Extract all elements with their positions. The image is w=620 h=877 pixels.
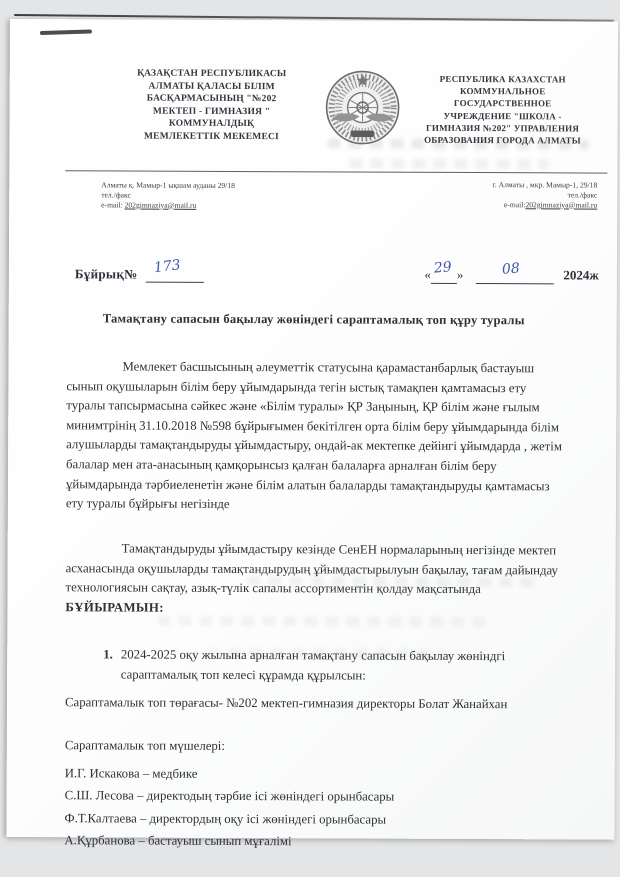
email-label: e-mail: <box>101 200 124 209</box>
order-year: 2024ж <box>563 267 599 284</box>
email-line: e-mail:202gimnaziya@mail.ru <box>379 199 597 210</box>
order-item-text: 2024-2025 оқу жылына арналған тамақтану … <box>121 645 570 686</box>
order-item-1: 1. 2024-2025 оқу жылына арналған тамақта… <box>103 645 569 686</box>
org-name-russian-line: ГОСУДАРСТВЕННОЕ <box>400 97 606 110</box>
order-month-handwritten: 08 <box>501 261 520 278</box>
org-name-kazakh-line: КОММУНАЛДЫҚ <box>96 118 328 132</box>
address-kazakh: Алматы қ. Мамыр-1 ықшам ауданы 29/18 <box>101 180 321 191</box>
decree-word: БҰЙЫРАМЫН: <box>65 600 164 614</box>
order-day-blank: 29 <box>431 264 457 284</box>
org-name-russian-line: ОБРАЗОВАНИЯ ГОРОДА АЛМАТЫ <box>399 134 605 147</box>
org-name-kazakh: ҚАЗАҚСТАН РЕСПУБЛИКАСЫ АЛМАТЫ ҚАЛАСЫ БІЛ… <box>95 67 327 144</box>
bleed-through-artifact <box>349 158 549 169</box>
order-month-blank: 08 <box>475 264 553 284</box>
document-title: Тамақтану сапасын бақылау жөніндегі сара… <box>65 311 563 328</box>
member-line: С.Ш. Лесова – директодың тәрбие ісі жөні… <box>65 785 555 810</box>
member-line: И.Г. Искакова – медбике <box>65 762 555 787</box>
order-label: Бұйрық№ <box>75 266 138 282</box>
org-name-russian: РЕСПУБЛИКА КАЗАХСТАН КОММУНАЛЬНОЕ ГОСУДА… <box>399 73 605 147</box>
email-label: e-mail: <box>504 200 526 209</box>
email-address: 202gimnaziya@mail.ru <box>125 200 197 209</box>
order-number-blank: 173 <box>145 263 203 283</box>
org-name-russian-line: УЧРЕЖДЕНИЕ "ШКОЛА - <box>400 109 606 122</box>
header-divider-line <box>65 170 607 173</box>
org-name-russian-line: ГИМНАЗИЯ №202" УПРАВЛЕНИЯ <box>400 122 606 135</box>
expert-group-members-label: Сараптамалык топ мүшелері: <box>65 738 465 755</box>
org-name-kazakh-line: МЕКТЕП - ГИМНАЗИЯ " <box>96 105 328 119</box>
email-address: 202gimnaziya@mail.ru <box>525 200 597 209</box>
org-name-kazakh-line: ҚАЗАҚСТАН РЕСПУБЛИКАСЫ <box>96 67 328 81</box>
quote-close: » <box>457 267 464 284</box>
body-paragraph-2: Тамақтандыруды ұйымдастыру кезінде СенЕН… <box>65 539 565 620</box>
order-date-group: « 29 » 08 2024ж <box>424 264 599 285</box>
contacts-left: Алматы қ. Мамыр-1 ықшам ауданы 29/18 тел… <box>101 180 321 210</box>
kazakhstan-coat-of-arms-icon <box>323 68 401 146</box>
org-name-kazakh-line: БАСҚАРМАСЫНЫҢ "№202 <box>96 93 328 107</box>
paragraph-2-text: Тамақтандыруды ұйымдастыру кезінде СенЕН… <box>65 541 558 596</box>
order-item-number: 1. <box>103 645 113 684</box>
order-number-group: Бұйрық№ 173 <box>75 262 204 283</box>
order-number-handwritten: 173 <box>153 257 181 276</box>
expert-group-members-list: И.Г. Искакова – медбике С.Ш. Лесова – ди… <box>64 762 554 854</box>
org-name-kazakh-line: МЕМЛЕКЕТТІК МЕКЕМЕСІ <box>95 130 327 144</box>
body-paragraph-1: Мемлекет басшысының әлеуметтік статусына… <box>66 357 567 516</box>
org-name-kazakh-line: АЛМАТЫ ҚАЛАСЫ БІЛІМ <box>96 80 328 94</box>
member-line: А.Құрбанова – бастауыш сынып мұғалімі <box>64 829 554 854</box>
scanned-document-page: ҚАЗАҚСТАН РЕСПУБЛИКАСЫ АЛМАТЫ ҚАЛАСЫ БІЛ… <box>6 19 618 840</box>
contacts-right: г. Алматы , мкр. Мамыр-1, 29/18 тел./фак… <box>379 180 597 210</box>
member-line: Ф.Т.Калтаева – директордың оқу ісі жөнін… <box>64 807 554 832</box>
expert-group-chair: Сараптамалык топ төрағасы- №202 мектеп-г… <box>65 692 547 714</box>
pen-dash-mark <box>40 29 92 34</box>
org-name-russian-line: РЕСПУБЛИКА КАЗАХСТАН <box>400 73 606 86</box>
email-line: e-mail: 202gimnaziya@mail.ru <box>101 200 321 211</box>
order-number-row: Бұйрық№ 173 « 29 » 08 2024ж <box>75 252 599 284</box>
order-day-handwritten: 29 <box>433 259 452 276</box>
org-name-russian-line: КОММУНАЛЬНОЕ <box>400 85 606 98</box>
